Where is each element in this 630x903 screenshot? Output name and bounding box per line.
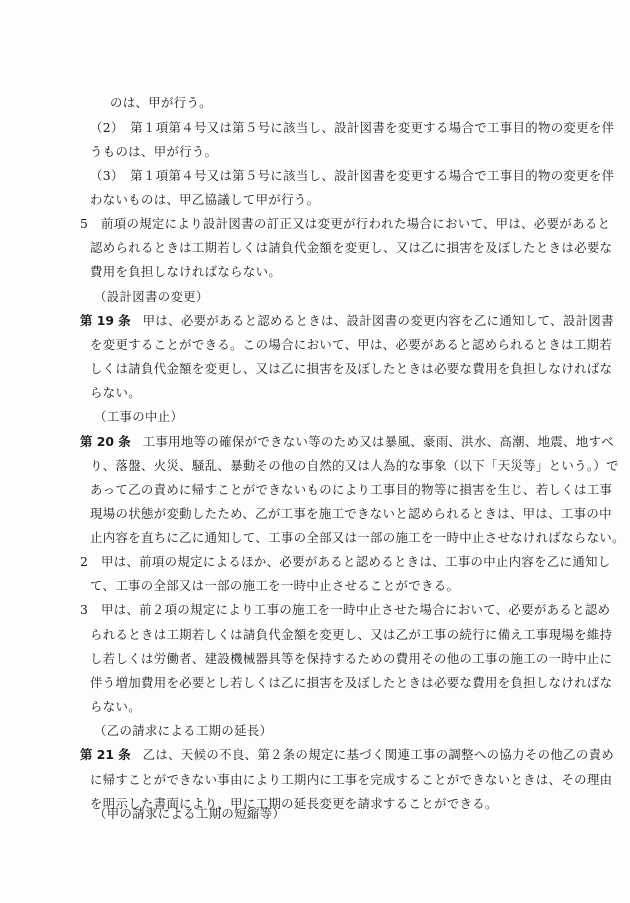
text-line: 現場の状態が変動したため、乙が工事を施工できないと認められるときは、甲は、工事の… (90, 506, 612, 522)
document-page: のは、甲が行う。 （2） 第１項第４号又は第５号に該当し、設計図書を変更する場合… (0, 0, 630, 903)
text-line: （2） 第１項第４号又は第５号に該当し、設計図書を変更する場合で工事目的物の変更… (90, 120, 614, 136)
text-line: 費用を負担しなければならない。 (90, 264, 281, 280)
article-line: 第 19 条甲は、必要があると認めるときは、設計図書の変更内容を乙に通知して、設… (80, 313, 614, 329)
text-line: うものは、甲が行う。 (90, 144, 217, 160)
text-line: あって乙の責めに帰すことができないものにより工事目的物等に損害を生じ、若しくは工… (90, 482, 612, 498)
section-heading: （工事の中止） (94, 409, 183, 425)
article-number: 第 21 条 (80, 747, 131, 762)
text-line: 認められるときは工期若しくは請負代金額を変更し、又は乙に損害を及ぼしたときは必要… (90, 240, 612, 256)
text-line: らない。 (90, 385, 141, 401)
text-line: て、工事の全部又は一部の施工を一時中止させることができる。 (90, 578, 459, 594)
text-line: を変更することができる。この場合において、甲は、必要があると認められるときは工期… (90, 337, 612, 353)
article-text: 甲は、必要があると認めるときは、設計図書の変更内容を乙に通知して、設計図書 (143, 313, 614, 328)
article-text: 乙は、天候の不良、第２条の規定に基づく関連工事の調整への協力その他乙の責め (143, 747, 614, 762)
text-line: しくは請負代金額を変更し、又は乙に損害を及ぼしたときは必要な費用を負担しなければ… (90, 361, 612, 377)
text-line: 止内容を直ちに乙に通知して、工事の全部又は一部の施工を一時中止させなければならな… (90, 530, 625, 546)
text-line: わないものは、甲乙協議して甲が行う。 (90, 192, 319, 208)
text-line: られるときは工期若しくは請負代金額を変更し、又は乙が工事の続行に備え工事現場を維… (90, 627, 612, 643)
text-line: 5 前項の規定により設計図書の訂正又は変更が行われた場合において、甲は、必要があ… (80, 216, 610, 232)
article-number: 第 20 条 (80, 434, 131, 449)
text-line: らない。 (90, 699, 141, 715)
article-line: 第 21 条乙は、天候の不良、第２条の規定に基づく関連工事の調整への協力その他乙… (80, 747, 614, 763)
text-line: のは、甲が行う。 (110, 95, 212, 111)
text-line: に帰すことができない事由により工期内に工事を完成することができないときは、その理… (90, 772, 612, 788)
article-line: 第 20 条工事用地等の確保ができない等のため又は暴風、豪雨、洪水、高潮、地震、… (80, 434, 614, 450)
text-line: 2 甲は、前項の規定によるほか、必要があると認めるときは、工事の中止内容を乙に通… (80, 554, 611, 570)
article-number: 第 19 条 (80, 313, 131, 328)
article-text: 工事用地等の確保ができない等のため又は暴風、豪雨、洪水、高潮、地震、地すべ (143, 434, 614, 449)
section-heading: （乙の請求による工期の延長） (94, 723, 272, 739)
text-line: （3） 第１項第４号又は第５号に該当し、設計図書を変更する場合で工事目的物の変更… (90, 168, 614, 184)
section-heading: （甲の請求による工期の短縮等） (94, 806, 285, 822)
text-line: 3 甲は、前２項の規定により工事の施工を一時中止させた場合において、必要があると… (80, 602, 610, 618)
text-line: し若しくは労働者、建設機械器具等を保持するための費用その他の工事の施工の一時中止… (90, 651, 612, 667)
text-line: り、落盤、火災、騒乱、暴動その他の自然的又は人為的な事象（以下「天災等」という。… (90, 458, 619, 474)
section-heading: （設計図書の変更） (94, 289, 209, 305)
text-line: 伴う増加費用を必要とし若しくは乙に損害を及ぼしたときは必要な費用を負担しなければ… (90, 675, 612, 691)
